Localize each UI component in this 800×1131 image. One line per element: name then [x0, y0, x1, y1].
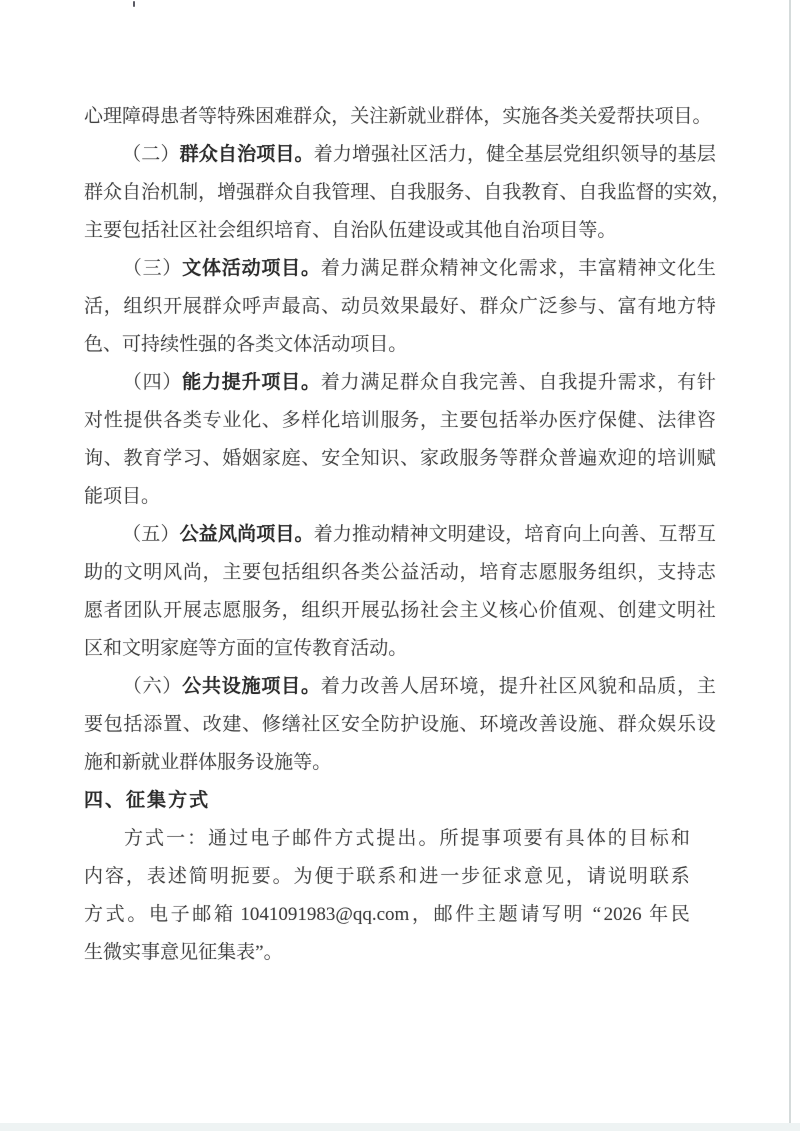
- section-heading: 四、征集方式: [84, 782, 716, 820]
- text-line: （四）能力提升项目。着力满足群众自我完善、自我提升需求，有针: [84, 364, 716, 402]
- text-line: （三）文体活动项目。着力满足群众精神文化需求，丰富精神文化生: [84, 250, 716, 288]
- scan-edge-line: [789, 0, 791, 1124]
- text-line: 心理障碍患者等特殊困难群众，关注新就业群体，实施各类关爱帮扶项目。: [84, 98, 716, 136]
- text-line: 询、教育学习、婚姻家庭、安全知识、家政服务等群众普遍欢迎的培训赋: [84, 440, 716, 478]
- text-line: 方式一：通过电子邮件方式提出。所提事项要有具体的目标和: [84, 820, 690, 858]
- text-line: 内容，表述简明扼要。为便于联系和进一步征求意见，请说明联系: [84, 858, 690, 896]
- text-line: （二）群众自治项目。着力增强社区活力，健全基层党组织领导的基层: [84, 136, 716, 174]
- text-line: 主要包括社区社会组织培育、自治队伍建设或其他自治项目等。: [84, 212, 716, 250]
- text-line: （五）公益风尚项目。着力推动精神文明建设，培育向上向善、互帮互: [84, 516, 716, 554]
- text-line: 对性提供各类专业化、多样化培训服务，主要包括举办医疗保健、法律咨: [84, 402, 716, 440]
- text-line: 群众自治机制，增强群众自我管理、自我服务、自我教育、自我监督的实效，: [84, 174, 716, 212]
- document-body: 心理障碍患者等特殊困难群众，关注新就业群体，实施各类关爱帮扶项目。（二）群众自治…: [84, 98, 716, 972]
- text-line: 区和文明家庭等方面的宣传教育活动。: [84, 630, 716, 668]
- text-line: 施和新就业群体服务设施等。: [84, 744, 716, 782]
- text-line: 能项目。: [84, 478, 716, 516]
- scan-edge-shadow: [0, 1123, 800, 1131]
- scan-speck: [133, 1, 135, 7]
- text-line: 方式。电子邮箱 1041091983@qq.com，邮件主题请写明 “2026 …: [84, 896, 690, 934]
- text-line: 色、可持续性强的各类文体活动项目。: [84, 326, 716, 364]
- text-line: （六）公共设施项目。着力改善人居环境，提升社区风貌和品质，主: [84, 668, 716, 706]
- text-line: 要包括添置、改建、修缮社区安全防护设施、环境改善设施、群众娱乐设: [84, 706, 716, 744]
- document-page: 心理障碍患者等特殊困难群众，关注新就业群体，实施各类关爱帮扶项目。（二）群众自治…: [0, 0, 800, 1131]
- text-line: 愿者团队开展志愿服务，组织开展弘扬社会主义核心价值观、创建文明社: [84, 592, 716, 630]
- text-line: 活，组织开展群众呼声最高、动员效果最好、群众广泛参与、富有地方特: [84, 288, 716, 326]
- text-line: 生微实事意见征集表”。: [84, 934, 716, 972]
- text-line: 助的文明风尚，主要包括组织各类公益活动，培育志愿服务组织，支持志: [84, 554, 716, 592]
